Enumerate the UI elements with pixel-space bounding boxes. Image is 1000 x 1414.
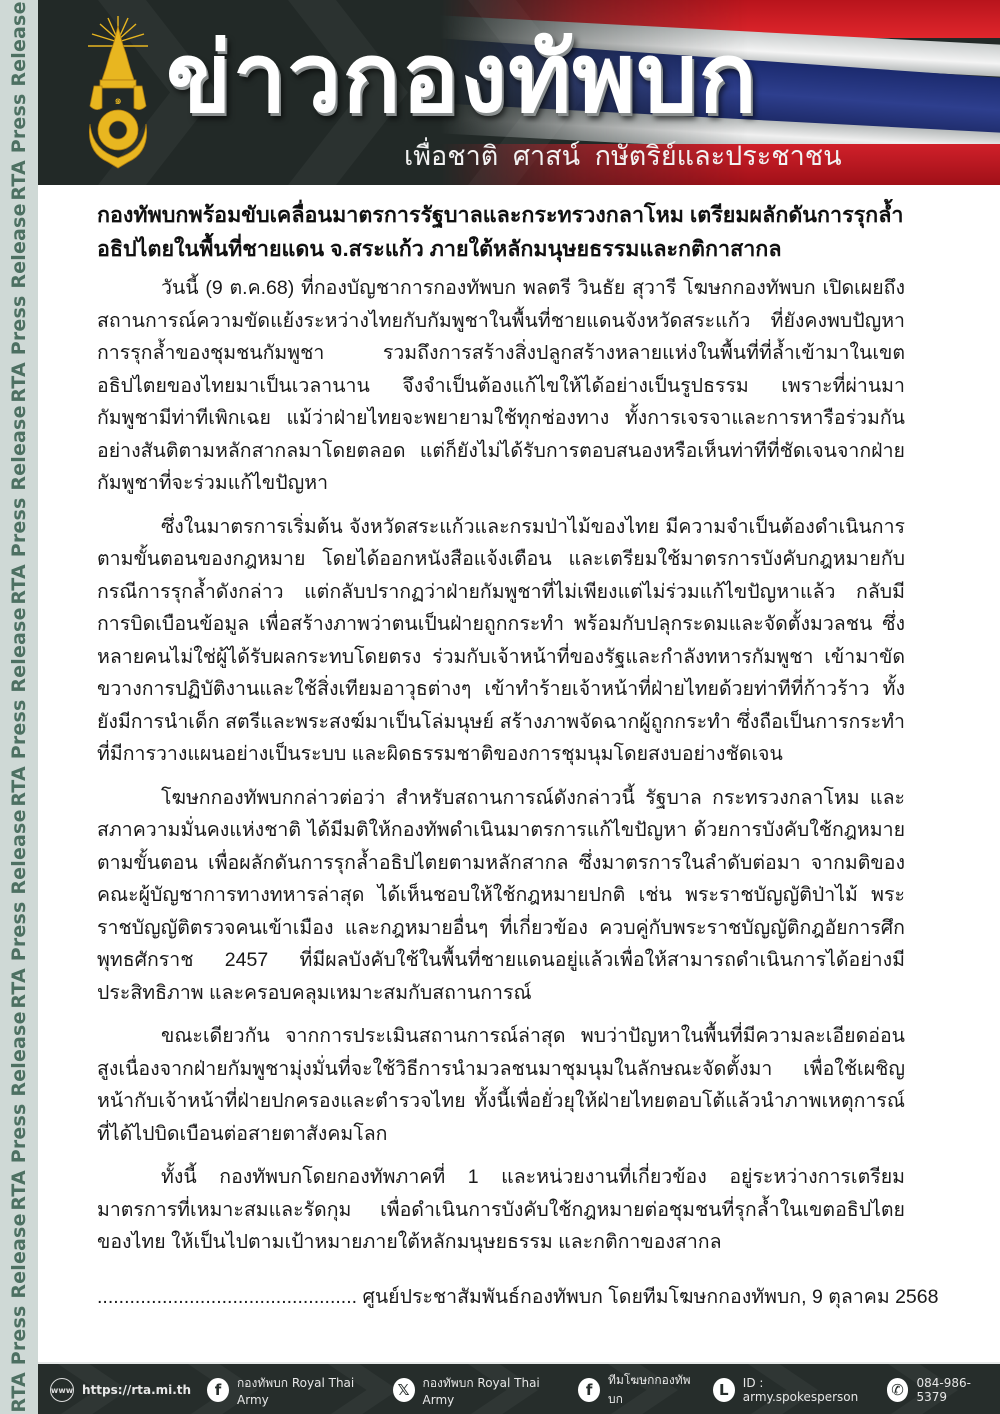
footer-facebook-spokesperson-link[interactable]: f ทีมโฆษกกองทัพบก	[578, 1371, 697, 1409]
spokesperson-page-label[interactable]: ทีมโฆษกกองทัพบก	[608, 1371, 697, 1409]
x-twitter-icon: 𝕏	[393, 1378, 415, 1402]
stripe-label: RTA Press Release	[8, 808, 30, 1010]
side-stripe: RTA Press Release RTA Press Release RTA …	[0, 0, 38, 1414]
article-paragraph: ทั้งนี้ กองทัพบกโดยกองทัพภาคที่ 1 และหน่…	[97, 1161, 905, 1259]
footer-contact-bar: www https://rta.mi.th f กองทัพบก Royal T…	[38, 1362, 1000, 1414]
phone-icon: ✆	[887, 1378, 909, 1402]
article-paragraph: โฆษกกองทัพบกกล่าวต่อว่า สำหรับสถานการณ์ด…	[97, 782, 905, 1010]
footer-line-link[interactable]: L ID : army.spokesperson	[713, 1376, 871, 1404]
footer-facebook-link[interactable]: f กองทัพบก Royal Thai Army	[207, 1374, 377, 1407]
stripe-label: RTA Press Release	[8, 1010, 30, 1212]
article-body: กองทัพบกพร้อมขับเคลื่อนมาตรการรัฐบาลและก…	[97, 198, 905, 1313]
stripe-label: RTA Press Release	[8, 0, 30, 202]
stripe-label: RTA Press Release	[8, 1212, 30, 1414]
footer-x-link[interactable]: 𝕏 กองทัพบก Royal Thai Army	[393, 1374, 563, 1407]
article-signature: ........................................…	[97, 1281, 905, 1313]
footer-website-link[interactable]: www https://rta.mi.th	[50, 1378, 191, 1402]
article-paragraph: ซึ่งในมาตรการเริ่มต้น จังหวัดสระแก้วและก…	[97, 511, 905, 771]
stripe-label: RTA Press Release	[8, 404, 30, 606]
article-paragraph: ขณะเดียวกัน จากการประเมินสถานการณ์ล่าสุด…	[97, 1020, 905, 1150]
stripe-label: RTA Press Release	[8, 202, 30, 404]
facebook-page-label[interactable]: กองทัพบก Royal Thai Army	[237, 1374, 377, 1407]
header-motto: เพื่อชาติ ศาสน์ กษัตริย์และประชาชน	[404, 134, 842, 177]
facebook-icon: f	[578, 1378, 600, 1402]
facebook-icon: f	[207, 1378, 229, 1402]
article-paragraph: วันนี้ (9 ต.ค.68) ที่กองบัญชาการกองทัพบก…	[97, 272, 905, 500]
line-id-label[interactable]: ID : army.spokesperson	[743, 1376, 871, 1404]
footer-phone-link[interactable]: ✆ 084-986-5379	[887, 1376, 994, 1404]
side-stripe-text: RTA Press Release RTA Press Release RTA …	[0, 0, 38, 1414]
header-title: ข่าวกองทัพบก	[166, 18, 758, 138]
stripe-label: RTA Press Release	[8, 606, 30, 808]
phone-number[interactable]: 084-986-5379	[916, 1376, 994, 1404]
website-url[interactable]: https://rta.mi.th	[82, 1383, 191, 1397]
header-banner: ๑ ข่าวกองทัพบก เพื่อชาติ ศาสน์ กษัตริย์แ…	[38, 0, 1000, 185]
article-headline: กองทัพบกพร้อมขับเคลื่อนมาตรการรัฐบาลและก…	[97, 198, 905, 266]
x-account-label[interactable]: กองทัพบก Royal Thai Army	[423, 1374, 563, 1407]
royal-thai-army-emblem-icon: ๑	[78, 12, 158, 172]
line-icon: L	[713, 1378, 735, 1402]
svg-text:๑: ๑	[114, 93, 122, 107]
globe-www-icon: www	[50, 1378, 74, 1402]
